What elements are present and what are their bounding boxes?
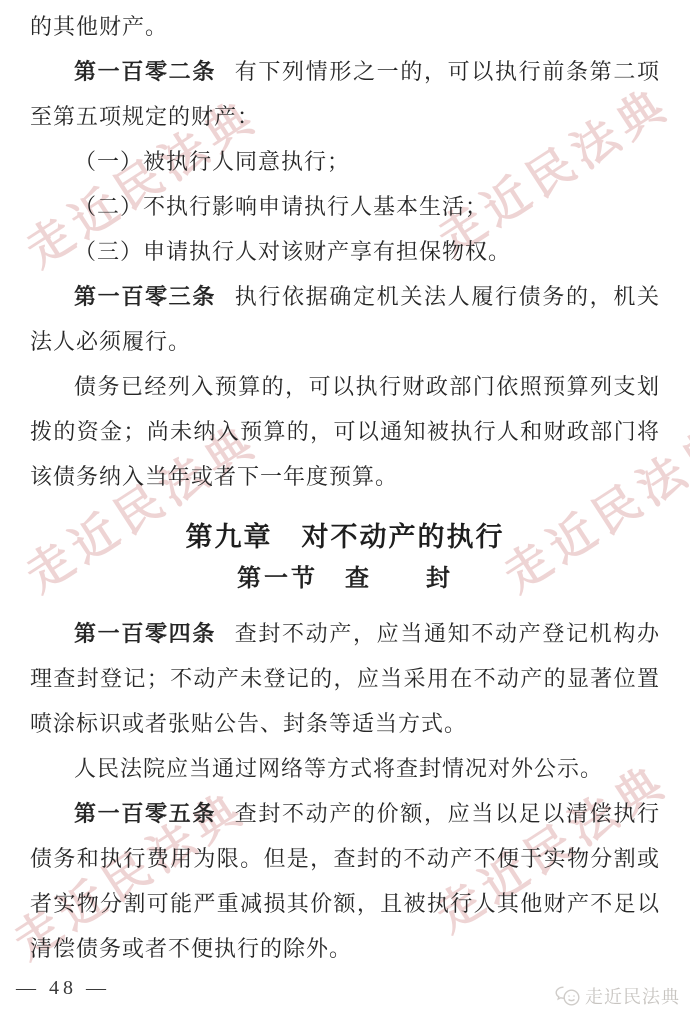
- article-paragraph: 第一百零四条查封不动产，应当通知不动产登记机构办理查封登记；不动产未登记的，应当…: [30, 611, 660, 746]
- wechat-bubbles-icon: [555, 986, 581, 1006]
- article-number: 第一百零五条: [74, 801, 216, 826]
- article-number: 第一百零四条: [74, 621, 216, 646]
- section-heading: 第一节 查 封: [30, 563, 660, 595]
- item-paragraph: （二）不执行影响申请执行人基本生活；: [30, 184, 660, 229]
- article-paragraph: 第一百零五条查封不动产的价额，应当以足以清偿执行债务和执行费用为限。但是，查封的…: [30, 791, 660, 971]
- brand-text: 走近民法典: [585, 983, 680, 1009]
- body-paragraph: 人民法院应当通过网络等方式将查封情况对外公示。: [30, 746, 660, 791]
- article-number: 第一百零二条: [74, 59, 216, 84]
- brand-watermark: 走近民法典: [555, 983, 680, 1009]
- document-page: 走近民法典 走近民法典 走近民法典 走近民法典 走近民法典 走近民法典 的其他财…: [0, 0, 690, 1021]
- continuation-paragraph: 的其他财产。: [30, 4, 660, 49]
- article-paragraph: 第一百零二条有下列情形之一的，可以执行前条第二项至第五项规定的财产：: [30, 49, 660, 139]
- chapter-heading: 第九章 对不动产的执行: [30, 521, 660, 555]
- body-paragraph: 债务已经列入预算的，可以执行财政部门依照预算列支划拨的资金；尚未纳入预算的，可以…: [30, 364, 660, 499]
- article-number: 第一百零三条: [74, 284, 216, 309]
- item-paragraph: （三）申请执行人对该财产享有担保物权。: [30, 229, 660, 274]
- article-paragraph: 第一百零三条执行依据确定机关法人履行债务的，机关法人必须履行。: [30, 274, 660, 364]
- page-number: — 48 —: [16, 977, 110, 1000]
- document-body: 的其他财产。第一百零二条有下列情形之一的，可以执行前条第二项至第五项规定的财产：…: [30, 4, 660, 971]
- item-paragraph: （一）被执行人同意执行；: [30, 139, 660, 184]
